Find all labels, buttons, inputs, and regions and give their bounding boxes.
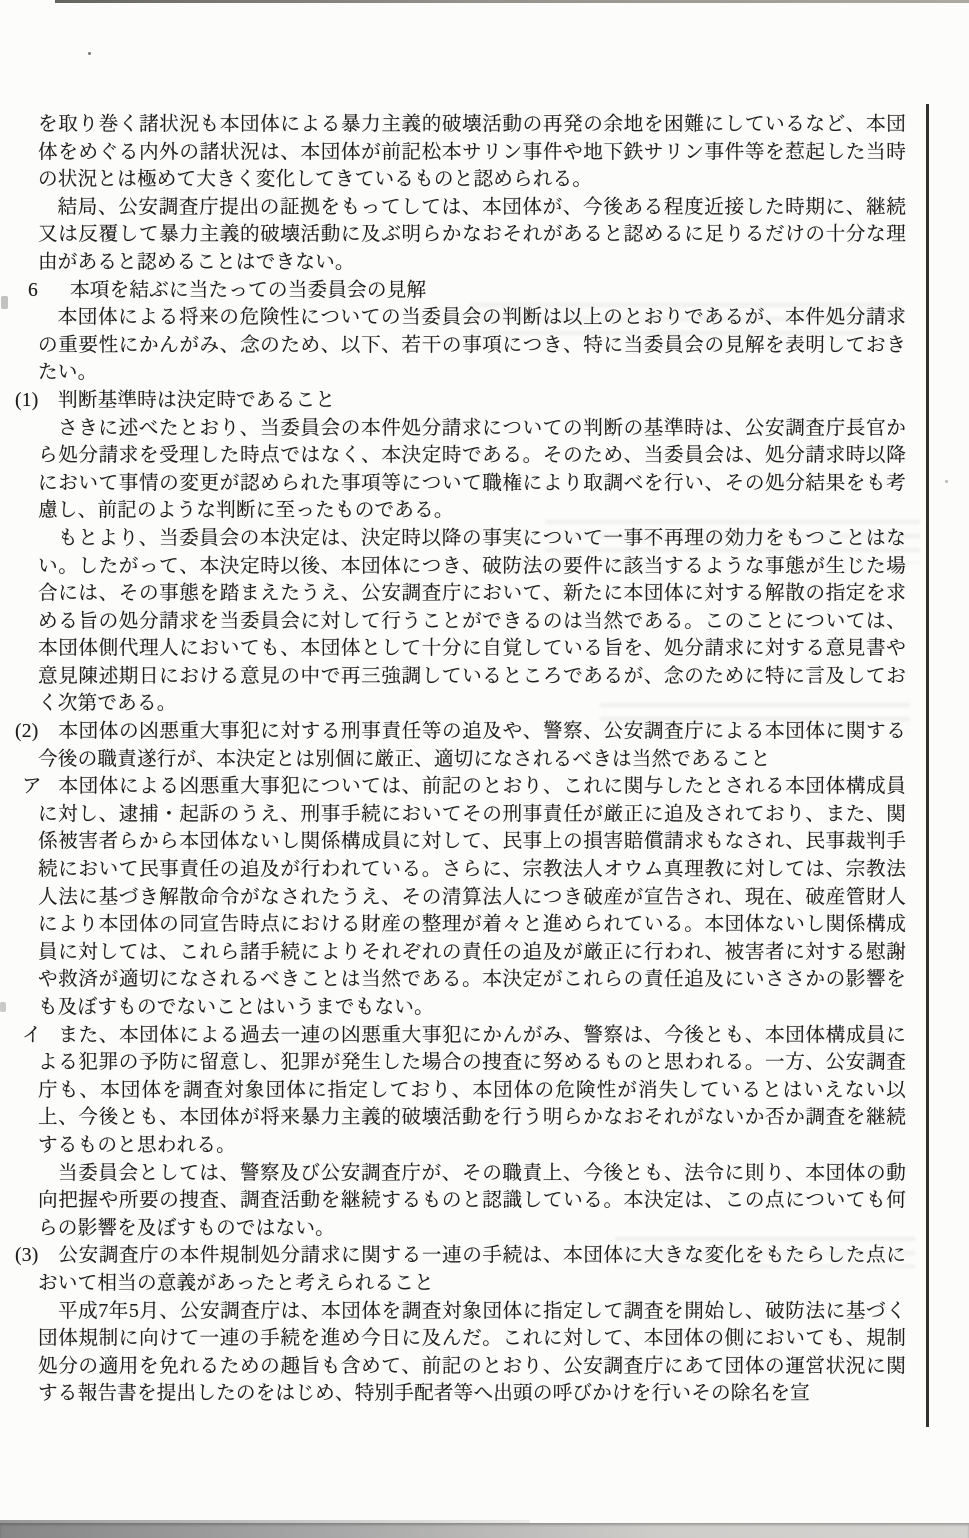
section-6-heading: 6本項を結ぶに当たっての当委員会の見解	[38, 277, 906, 305]
paragraph-text: 本団体による凶悪重大事犯については、前記のとおり、これに関与したとされる本団体構…	[38, 776, 906, 1018]
scan-speck	[1, 296, 8, 309]
paragraph-carryover: を取り巻く諸状況も本団体による暴力主義的破壊活動の再発の余地を困難にしているなど…	[38, 111, 906, 194]
scanner-bottom-shadow	[0, 1523, 969, 1538]
scanned-page: を取り巻く諸状況も本団体による暴力主義的破壊活動の再発の余地を困難にしているなど…	[0, 0, 969, 1538]
paragraph-text: 結局、公安調査庁提出の証拠をもってしては、本団体が、今後ある程度近接した時期に、…	[38, 197, 906, 273]
sub-item-label: イ	[22, 1022, 58, 1050]
paragraph-text: 本団体による将来の危険性についての当委員会の判断は以上のとおりであるが、本件処分…	[38, 307, 906, 383]
paragraph-text: もとより、当委員会の本決定は、決定時以降の事実について一事不再理の効力をもつこと…	[38, 528, 906, 715]
section-heading-text: 本項を結ぶに当たっての当委員会の見解	[70, 280, 426, 301]
item-1-heading: (1)判断基準時は決定時であること	[38, 387, 906, 415]
section-number: 6	[28, 277, 70, 305]
document-text: を取り巻く諸状況も本団体による暴力主義的破壊活動の再発の余地を困難にしているなど…	[38, 111, 906, 1408]
item-1-paragraph-2: もとより、当委員会の本決定は、決定時以降の事実について一事不再理の効力をもつこと…	[38, 525, 906, 718]
sub-item-label: ア	[22, 773, 58, 801]
paragraph-text: 平成7年5月、公安調査庁は、本団体を調査対象団体に指定して調査を開始し、破防法に…	[38, 1301, 906, 1405]
item-2-heading: (2)本団体の凶悪重大事犯に対する刑事責任等の追及や、警察、公安調査庁による本団…	[38, 718, 906, 773]
page-edge-rule	[926, 104, 929, 1427]
item-3-paragraph-1: 平成7年5月、公安調査庁は、本団体を調査対象団体に指定して調査を開始し、破防法に…	[38, 1298, 906, 1408]
item-heading-text: 公安調査庁の本件規制処分請求に関する一連の手続は、本団体に大きな変化をもたらした…	[38, 1245, 906, 1294]
item-3-heading: (3)公安調査庁の本件規制処分請求に関する一連の手続は、本団体に大きな変化をもた…	[38, 1242, 906, 1297]
item-label: (2)	[15, 718, 58, 746]
scan-top-edge-line	[55, 0, 969, 3]
scan-speck	[88, 52, 91, 55]
item-label: (1)	[15, 387, 58, 415]
paragraph-conclusion: 結局、公安調査庁提出の証拠をもってしては、本団体が、今後ある程度近接した時期に、…	[38, 194, 906, 277]
item-label: (3)	[15, 1242, 58, 1270]
paragraph-text: 当委員会としては、警察及び公安調査庁が、その職責上、今後とも、法令に則り、本団体…	[38, 1163, 906, 1239]
paragraph-text: さきに述べたとおり、当委員会の本件処分請求についての判断の基準時は、公安調査庁長…	[38, 418, 906, 522]
scan-speck	[945, 480, 948, 483]
item-1-paragraph-1: さきに述べたとおり、当委員会の本件処分請求についての判断の基準時は、公安調査庁長…	[38, 415, 906, 525]
sub-item-i-paragraph: イまた、本団体による過去一連の凶悪重大事犯にかんがみ、警察は、今後とも、本団体構…	[38, 1022, 906, 1160]
item-heading-text: 判断基準時は決定時であること	[58, 390, 335, 411]
paragraph-text: を取り巻く諸状況も本団体による暴力主義的破壊活動の再発の余地を困難にしているなど…	[38, 114, 906, 190]
item-heading-text: 本団体の凶悪重大事犯に対する刑事責任等の追及や、警察、公安調査庁による本団体に関…	[38, 721, 906, 770]
paragraph-text: また、本団体による過去一連の凶悪重大事犯にかんがみ、警察は、今後とも、本団体構成…	[38, 1025, 906, 1156]
sub-item-i-paragraph-2: 当委員会としては、警察及び公安調査庁が、その職責上、今後とも、法令に則り、本団体…	[38, 1160, 906, 1243]
scan-speck	[0, 1002, 6, 1012]
section-6-intro-paragraph: 本団体による将来の危険性についての当委員会の判断は以上のとおりであるが、本件処分…	[38, 304, 906, 387]
sub-item-a-paragraph: ア本団体による凶悪重大事犯については、前記のとおり、これに関与したとされる本団体…	[38, 773, 906, 1021]
